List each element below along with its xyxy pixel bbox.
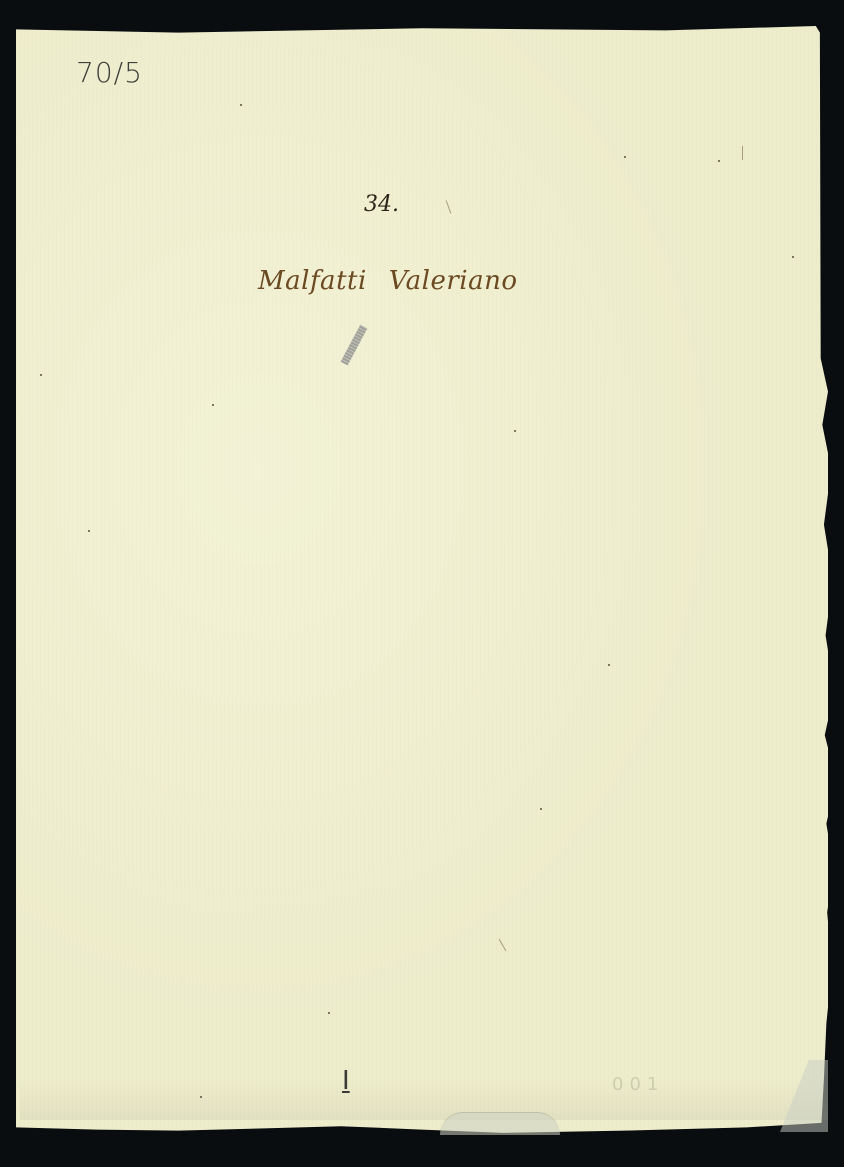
torn-paper-flap bbox=[440, 1112, 560, 1135]
name-first: Malfatti bbox=[258, 266, 367, 296]
paper-speck bbox=[328, 1012, 330, 1014]
paper-speck bbox=[88, 530, 90, 532]
paper-ink-tick bbox=[742, 146, 743, 160]
paper-speck bbox=[514, 430, 516, 432]
paper-speck bbox=[718, 160, 720, 162]
paper-speck bbox=[540, 808, 542, 810]
item-number: 34. bbox=[364, 192, 399, 217]
volume-mark: I bbox=[342, 1066, 350, 1096]
paper-speck bbox=[624, 156, 626, 158]
name-last: Valeriano bbox=[389, 266, 518, 296]
paper-speck bbox=[608, 664, 610, 666]
paper-speck bbox=[40, 374, 42, 376]
archive-number: 70/5 bbox=[76, 56, 143, 89]
faint-stamp-number: 001 bbox=[612, 1074, 664, 1095]
paper-speck bbox=[200, 1096, 202, 1098]
handwritten-name: MalfattiValeriano bbox=[258, 266, 518, 296]
paper-speck bbox=[792, 256, 794, 258]
paper-sheet bbox=[16, 26, 828, 1134]
paper-speck bbox=[212, 404, 214, 406]
paper-speck bbox=[240, 104, 242, 106]
paper-bottom-shading bbox=[20, 1080, 828, 1120]
